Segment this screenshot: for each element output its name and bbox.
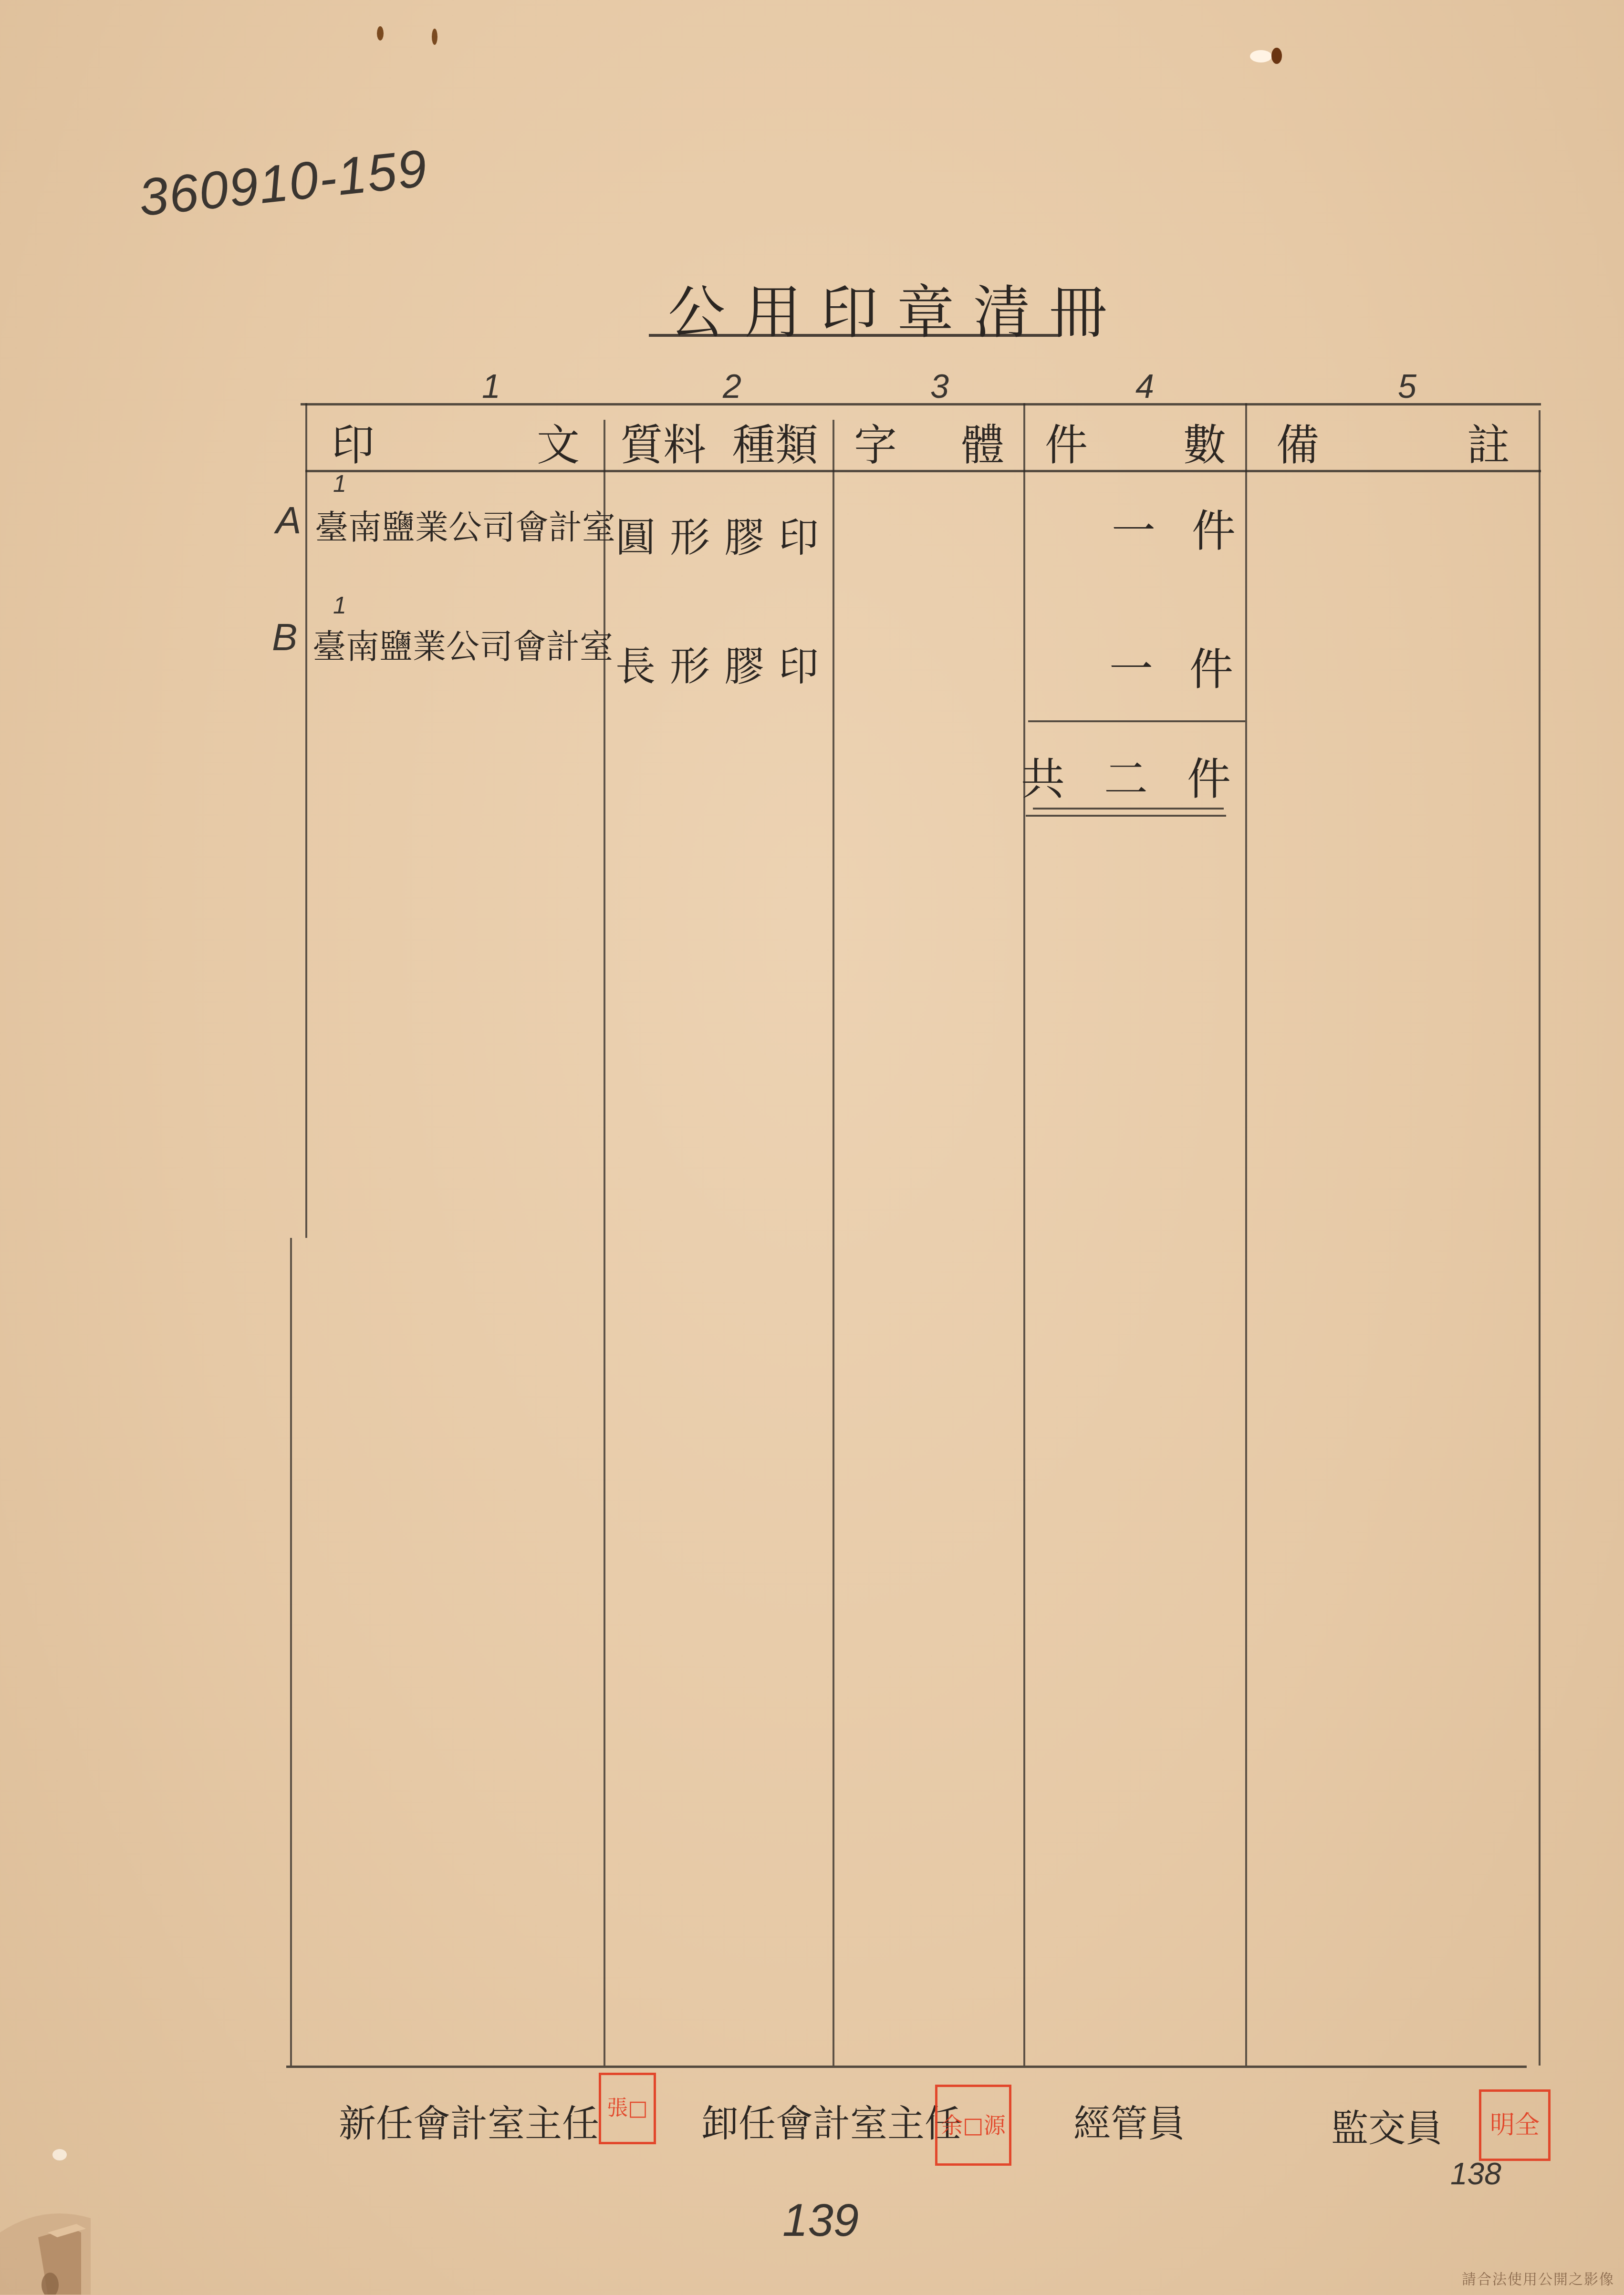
count-cell: 一 件 (1109, 634, 1233, 697)
table-bottom-border (286, 2066, 1527, 2068)
table-left-border (305, 403, 307, 1238)
total-unit: 件 (1187, 744, 1231, 807)
usage-watermark: 請合法使用公開之影像 (1462, 2267, 1614, 2288)
header-label: 文 (537, 410, 580, 472)
page-number-secondary: 138 (1450, 2156, 1501, 2191)
paper-stain (377, 26, 384, 41)
count-cell: 一 件 (1112, 496, 1236, 559)
column-divider-3 (1023, 403, 1025, 2066)
red-seal-stamp: 明全 (1479, 2089, 1551, 2161)
row-mark: A (276, 498, 301, 542)
total-double-line-bottom (1026, 815, 1226, 817)
material-type-cell: 圓形膠印 (615, 506, 833, 563)
header-count: 件 數 (1026, 415, 1245, 467)
header-seal-text: 印 文 (308, 415, 604, 467)
header-label: 印 (332, 410, 375, 472)
header-material-type: 質料 種類 (606, 415, 833, 467)
header-bottom-border (305, 470, 1541, 472)
total-double-line-top (1033, 808, 1224, 810)
column-number-4: 4 (1135, 367, 1154, 405)
header-label: 件 (1045, 410, 1088, 472)
row-mark: B (272, 615, 297, 659)
count-number: 一 (1112, 496, 1156, 559)
header-label: 註 (1467, 410, 1510, 472)
row-index: 1 (333, 470, 346, 498)
paper-stain (52, 2149, 67, 2160)
header-label: 字 (854, 410, 897, 472)
total-label: 共 (1021, 744, 1065, 807)
title-underline (649, 334, 1059, 337)
page-number: 139 (782, 2194, 859, 2247)
row-index: 1 (333, 592, 346, 619)
count-unit: 件 (1189, 634, 1233, 697)
signature-label-former-chief: 卸任會計室主任 (701, 2094, 962, 2148)
total-number: 二 (1104, 744, 1148, 807)
paper-stain (1271, 48, 1282, 64)
table-left-border-lower (290, 1238, 292, 2066)
signature-label-new-chief: 新任會計室主任 (339, 2094, 599, 2148)
column-number-1: 1 (482, 367, 500, 405)
header-font-style: 字 體 (835, 415, 1023, 467)
column-number-3: 3 (930, 367, 949, 405)
header-label: 數 (1183, 410, 1226, 472)
page-title: 公用印章清冊 (668, 267, 1126, 349)
paper-stain (1250, 50, 1272, 62)
table-right-border (1539, 410, 1541, 2066)
subtotal-line (1028, 720, 1245, 722)
table-top-border (301, 403, 1541, 405)
signature-label-supervisor: 監交員 (1331, 2099, 1443, 2152)
seal-text-cell: 臺南鹽業公司會計室 (312, 620, 613, 668)
header-remarks: 備 註 (1248, 415, 1539, 467)
file-number: 360910-159 (136, 138, 430, 228)
column-divider-4 (1245, 403, 1247, 2066)
count-number: 一 (1109, 634, 1153, 697)
header-label: 質料 (620, 410, 706, 472)
paper-stain (432, 29, 437, 45)
count-unit: 件 (1192, 496, 1236, 559)
red-seal-stamp: 張□ (599, 2073, 656, 2144)
material-type-cell: 長形膠印 (615, 634, 833, 692)
column-number-2: 2 (723, 367, 741, 405)
signature-label-custodian: 經管員 (1073, 2094, 1185, 2148)
seal-text-cell: 臺南鹽業公司會計室 (315, 501, 615, 549)
header-label: 備 (1276, 410, 1319, 472)
total-row: 共 二 件 (1021, 744, 1231, 807)
header-label: 種類 (732, 410, 818, 472)
red-seal-stamp: 余□源 (935, 2085, 1011, 2166)
column-number-5: 5 (1398, 367, 1416, 405)
header-label: 體 (961, 410, 1004, 472)
archive-logo-icon (0, 2199, 91, 2295)
